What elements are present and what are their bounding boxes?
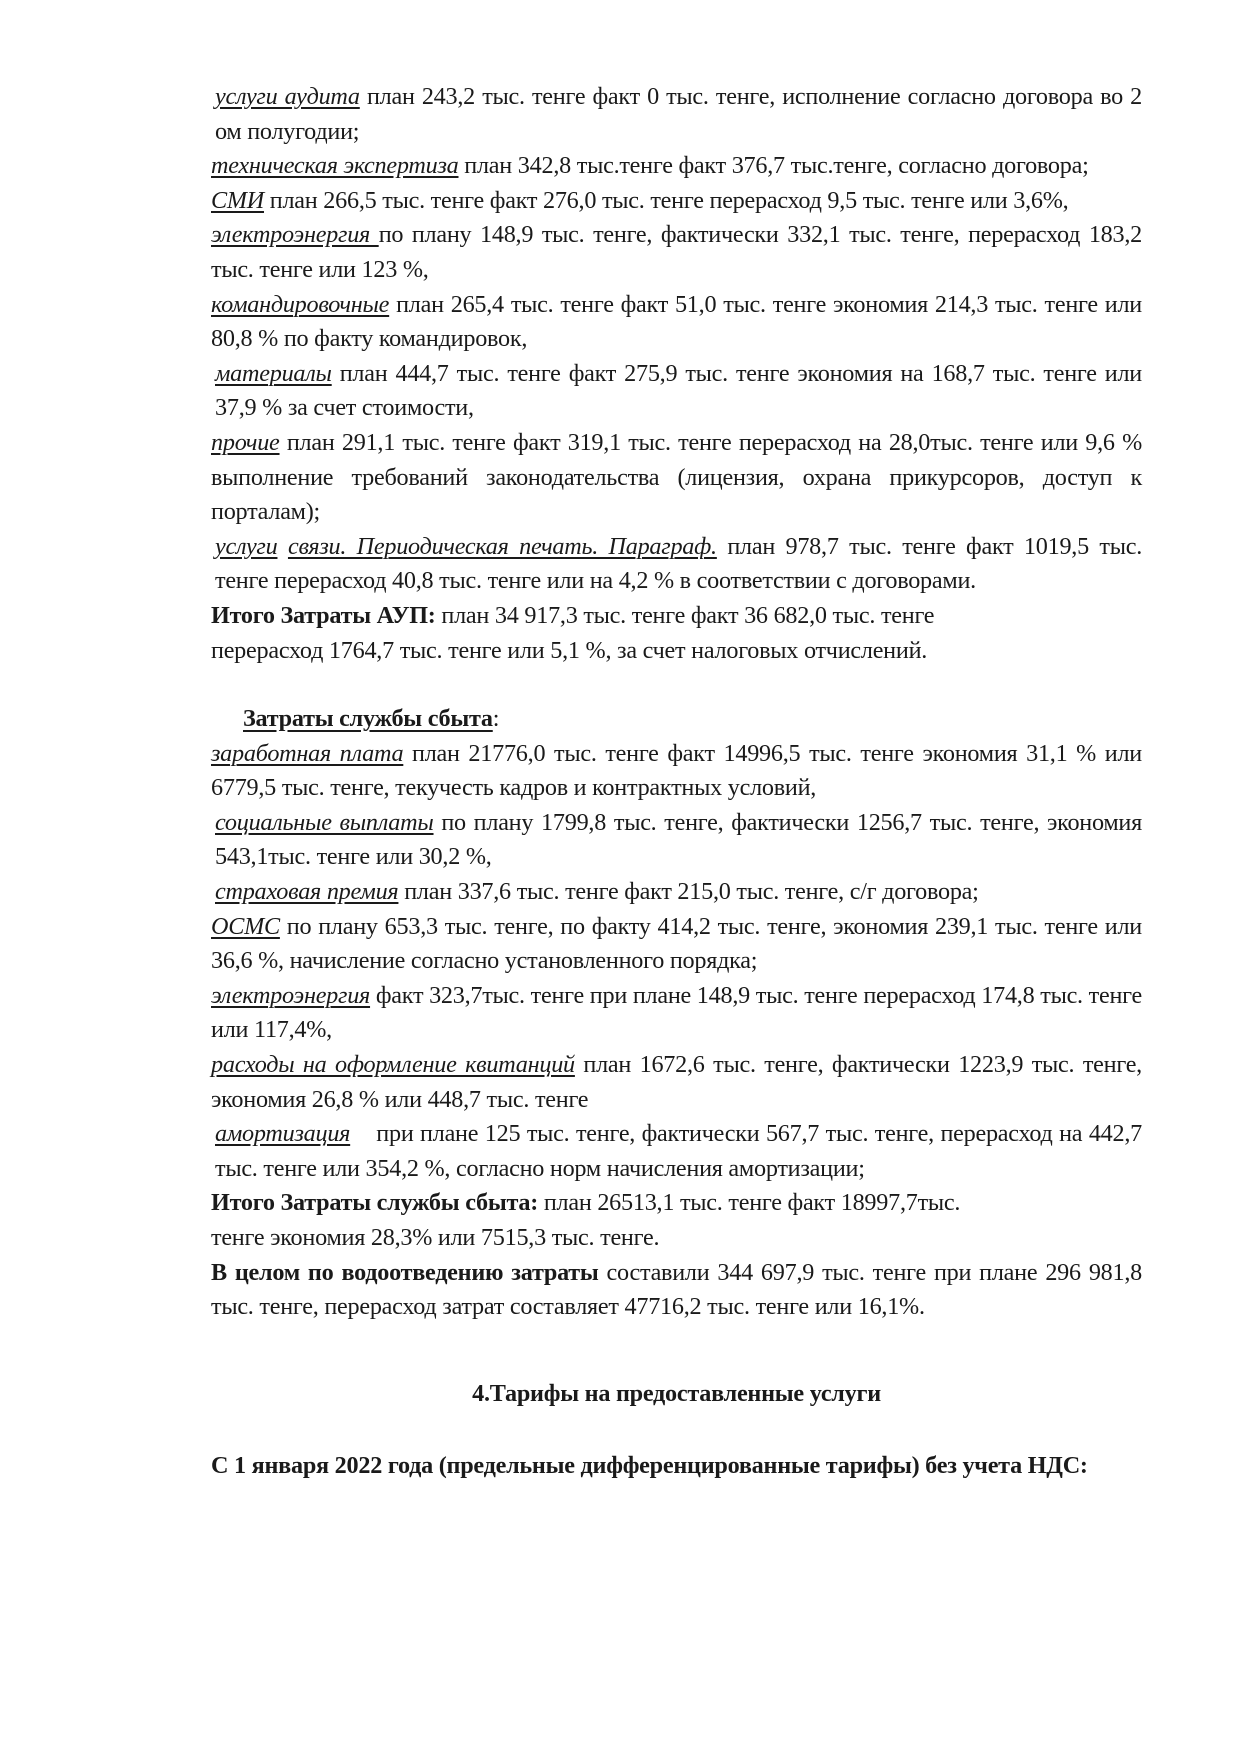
- sales-total: Итого Затраты службы сбыта: план 26513,1…: [211, 1186, 1142, 1255]
- item-label: материалы: [215, 360, 332, 387]
- item-label: электроэнергия: [211, 221, 379, 248]
- aup-total: Итого Затраты АУП: план 34 917,3 тыс. те…: [211, 599, 1142, 668]
- item-label: амортизация: [215, 1120, 350, 1147]
- item-label: страховая премия: [215, 878, 398, 905]
- sales-section-title: Затраты службы сбыта:: [211, 702, 1142, 737]
- item-label: услуги: [215, 533, 277, 560]
- sales-item-depreciation: амортизация при плане 125 тыс. тенге, фа…: [211, 1117, 1142, 1186]
- aup-item-media: СМИ план 266,5 тыс. тенге факт 276,0 тыс…: [211, 184, 1142, 219]
- aup-item-audit: услуги аудита план 243,2 тыс. тенге факт…: [211, 80, 1142, 149]
- sales-item-salary: заработная плата план 21776,0 тыс. тенге…: [211, 737, 1142, 806]
- item-label: заработная плата: [211, 740, 403, 767]
- section-4-heading: 4.Тарифы на предоставленные услуги: [211, 1377, 1142, 1412]
- spacer: [211, 1325, 1142, 1377]
- aup-item-communications: услуги связи. Периодическая печать. Пара…: [211, 530, 1142, 599]
- item-label: командировочные: [211, 291, 389, 318]
- item-label: ОСМС: [211, 913, 280, 940]
- aup-item-materials: материалы план 444,7 тыс. тенге факт 275…: [211, 357, 1142, 426]
- sales-item-insurance: страховая премия план 337,6 тыс. тенге ф…: [211, 875, 1142, 910]
- item-label: прочие: [211, 429, 280, 456]
- item-label: услуги аудита: [215, 83, 360, 110]
- item-label: электроэнергия: [211, 982, 370, 1009]
- item-label: СМИ: [211, 187, 264, 214]
- aup-item-other: прочие план 291,1 тыс. тенге факт 319,1 …: [211, 426, 1142, 530]
- sales-item-social: социальные выплаты по плану 1799,8 тыс. …: [211, 806, 1142, 875]
- overall-summary: В целом по водоотведению затраты состави…: [211, 1256, 1142, 1325]
- aup-item-electricity: электроэнергия по плану 148,9 тыс. тенге…: [211, 218, 1142, 287]
- spacer: [211, 668, 1142, 702]
- document-page: услуги аудита план 243,2 тыс. тенге факт…: [211, 80, 1142, 1484]
- item-label: расходы на оформление квитанций: [211, 1051, 575, 1078]
- item-label: социальные выплаты: [215, 809, 434, 836]
- item-label: техническая экспертиза: [211, 152, 459, 179]
- sales-item-osms: ОСМС по плану 653,3 тыс. тенге, по факту…: [211, 910, 1142, 979]
- aup-item-travel: командировочные план 265,4 тыс. тенге фа…: [211, 288, 1142, 357]
- sales-item-receipts: расходы на оформление квитанций план 167…: [211, 1048, 1142, 1117]
- sales-item-electricity: электроэнергия факт 323,7тыс. тенге при …: [211, 979, 1142, 1048]
- aup-item-expertise: техническая экспертиза план 342,8 тыс.те…: [211, 149, 1142, 184]
- spacer: [211, 1411, 1142, 1449]
- item-label: связи. Периодическая печать. Параграф.: [288, 533, 717, 560]
- section-4-subheading: С 1 января 2022 года (предельные диффере…: [211, 1449, 1142, 1484]
